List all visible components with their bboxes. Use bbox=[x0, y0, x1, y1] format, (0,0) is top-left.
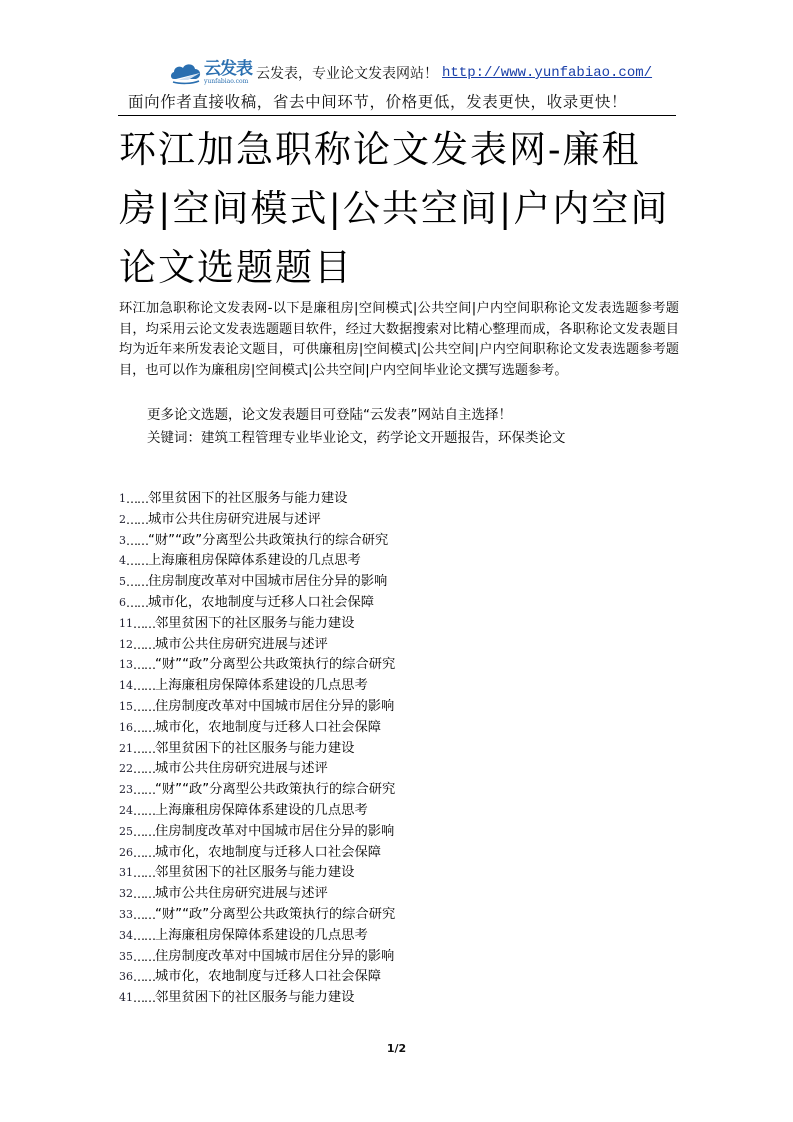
topic-title: 上海廉租房保障体系建设的几点思考 bbox=[148, 551, 361, 572]
list-item: 31……邻里贫困下的社区服务与能力建设 bbox=[119, 863, 395, 884]
topic-title: 城市公共住房研究进展与述评 bbox=[155, 635, 328, 656]
topic-title: 邻里贫困下的社区服务与能力建设 bbox=[155, 739, 354, 760]
topic-number: 13 bbox=[119, 655, 133, 676]
topic-separator: …… bbox=[133, 905, 155, 926]
list-item: 1……邻里贫困下的社区服务与能力建设 bbox=[119, 489, 395, 510]
logo[interactable]: 云发表 yunfabiao.com bbox=[170, 61, 252, 85]
document-title: 环江加急职称论文发表网-廉租房|空间模式|公共空间|户内空间论文选题题目 bbox=[119, 120, 679, 297]
topic-number: 5 bbox=[119, 572, 126, 593]
topic-number: 3 bbox=[119, 531, 126, 552]
topic-list: 1……邻里贫困下的社区服务与能力建设2……城市公共住房研究进展与述评3……“财”… bbox=[119, 489, 395, 1009]
topic-separator: …… bbox=[133, 759, 155, 780]
topic-separator: …… bbox=[133, 863, 155, 884]
topic-title: 住房制度改革对中国城市居住分异的影响 bbox=[155, 947, 394, 968]
topic-separator: …… bbox=[133, 843, 155, 864]
topic-number: 14 bbox=[119, 676, 133, 697]
topic-title: 城市公共住房研究进展与述评 bbox=[155, 759, 328, 780]
list-item: 3……“财”“政”分离型公共政策执行的综合研究 bbox=[119, 531, 395, 552]
topic-title: 城市公共住房研究进展与述评 bbox=[155, 884, 328, 905]
topic-title: 上海廉租房保障体系建设的几点思考 bbox=[155, 676, 368, 697]
topic-separator: …… bbox=[126, 489, 148, 510]
list-item: 32……城市公共住房研究进展与述评 bbox=[119, 884, 395, 905]
topic-title: 城市公共住房研究进展与述评 bbox=[148, 510, 321, 531]
topic-title: 城市化，农地制度与迁移人口社会保障 bbox=[155, 967, 381, 988]
topic-number: 4 bbox=[119, 551, 126, 572]
list-item: 14……上海廉租房保障体系建设的几点思考 bbox=[119, 676, 395, 697]
topic-separator: …… bbox=[126, 531, 148, 552]
topic-number: 31 bbox=[119, 863, 133, 884]
topic-separator: …… bbox=[133, 676, 155, 697]
topic-title: 上海廉租房保障体系建设的几点思考 bbox=[155, 801, 368, 822]
list-item: 34……上海廉租房保障体系建设的几点思考 bbox=[119, 926, 395, 947]
list-item: 12……城市公共住房研究进展与述评 bbox=[119, 635, 395, 656]
list-item: 16……城市化，农地制度与迁移人口社会保障 bbox=[119, 718, 395, 739]
topic-title: 邻里贫困下的社区服务与能力建设 bbox=[155, 863, 354, 884]
topic-title: 城市化，农地制度与迁移人口社会保障 bbox=[148, 593, 374, 614]
list-item: 5……住房制度改革对中国城市居住分异的影响 bbox=[119, 572, 395, 593]
topic-separator: …… bbox=[133, 655, 155, 676]
topic-title: 上海廉租房保障体系建设的几点思考 bbox=[155, 926, 368, 947]
topic-title: 城市化，农地制度与迁移人口社会保障 bbox=[155, 718, 381, 739]
topic-separator: …… bbox=[126, 572, 148, 593]
list-item: 22……城市公共住房研究进展与述评 bbox=[119, 759, 395, 780]
topic-number: 12 bbox=[119, 635, 133, 656]
intro-paragraph: 环江加急职称论文发表网-以下是廉租房|空间模式|公共空间|户内空间职称论文发表选… bbox=[119, 299, 679, 381]
topic-separator: …… bbox=[133, 926, 155, 947]
topic-separator: …… bbox=[133, 947, 155, 968]
logo-subtext: yunfabiao.com bbox=[204, 79, 252, 85]
topic-number: 16 bbox=[119, 718, 133, 739]
topic-separator: …… bbox=[133, 718, 155, 739]
topic-title: 住房制度改革对中国城市居住分异的影响 bbox=[155, 697, 394, 718]
topic-number: 41 bbox=[119, 988, 133, 1009]
topic-title: “财”“政”分离型公共政策执行的综合研究 bbox=[148, 531, 388, 552]
topic-separator: …… bbox=[126, 593, 148, 614]
topic-separator: …… bbox=[133, 822, 155, 843]
cloud-paper-plane-icon bbox=[170, 61, 202, 85]
list-item: 24……上海廉租房保障体系建设的几点思考 bbox=[119, 801, 395, 822]
list-item: 2……城市公共住房研究进展与述评 bbox=[119, 510, 395, 531]
topic-title: 住房制度改革对中国城市居住分异的影响 bbox=[155, 822, 394, 843]
list-item: 15……住房制度改革对中国城市居住分异的影响 bbox=[119, 697, 395, 718]
list-item: 21……邻里贫困下的社区服务与能力建设 bbox=[119, 739, 395, 760]
topic-title: “财”“政”分离型公共政策执行的综合研究 bbox=[155, 655, 395, 676]
list-item: 6……城市化，农地制度与迁移人口社会保障 bbox=[119, 593, 395, 614]
topic-number: 21 bbox=[119, 739, 133, 760]
topic-title: 邻里贫困下的社区服务与能力建设 bbox=[148, 489, 347, 510]
topic-number: 35 bbox=[119, 947, 133, 968]
topic-separator: …… bbox=[126, 551, 148, 572]
list-item: 26……城市化，农地制度与迁移人口社会保障 bbox=[119, 843, 395, 864]
topic-number: 33 bbox=[119, 905, 133, 926]
list-item: 35……住房制度改革对中国城市居住分异的影响 bbox=[119, 947, 395, 968]
topic-title: 城市化，农地制度与迁移人口社会保障 bbox=[155, 843, 381, 864]
site-url-link[interactable]: http://www.yunfabiao.com/ bbox=[442, 65, 652, 81]
list-item: 23……“财”“政”分离型公共政策执行的综合研究 bbox=[119, 780, 395, 801]
topic-number: 1 bbox=[119, 489, 126, 510]
list-item: 33……“财”“政”分离型公共政策执行的综合研究 bbox=[119, 905, 395, 926]
list-item: 4……上海廉租房保障体系建设的几点思考 bbox=[119, 551, 395, 572]
header-brand-row: 云发表 yunfabiao.com 云发表，专业论文发表网站！ http://w… bbox=[170, 58, 652, 88]
list-item: 13……“财”“政”分离型公共政策执行的综合研究 bbox=[119, 655, 395, 676]
topic-title: 邻里贫困下的社区服务与能力建设 bbox=[155, 988, 354, 1009]
header-tagline: 面向作者直接收稿，省去中间环节，价格更低，发表更快，收录更快！ bbox=[128, 90, 627, 112]
topic-separator: …… bbox=[133, 988, 155, 1009]
topic-separator: …… bbox=[133, 635, 155, 656]
header-divider bbox=[118, 115, 676, 116]
topic-title: 邻里贫困下的社区服务与能力建设 bbox=[155, 614, 354, 635]
more-topics-note: 更多论文选题，论文发表题目可登陆“云发表”网站自主选择！ bbox=[147, 405, 512, 426]
page-indicator: 1/2 bbox=[0, 1042, 793, 1055]
topic-number: 36 bbox=[119, 967, 133, 988]
site-slogan: 云发表，专业论文发表网站！ bbox=[256, 63, 438, 83]
topic-separator: …… bbox=[133, 967, 155, 988]
list-item: 41……邻里贫困下的社区服务与能力建设 bbox=[119, 988, 395, 1009]
topic-title: 住房制度改革对中国城市居住分异的影响 bbox=[148, 572, 387, 593]
topic-number: 24 bbox=[119, 801, 133, 822]
topic-separator: …… bbox=[133, 739, 155, 760]
topic-number: 22 bbox=[119, 759, 133, 780]
topic-number: 11 bbox=[119, 614, 133, 635]
logo-text: 云发表 bbox=[204, 61, 252, 78]
topic-number: 26 bbox=[119, 843, 133, 864]
topic-number: 15 bbox=[119, 697, 133, 718]
topic-number: 34 bbox=[119, 926, 133, 947]
topic-separator: …… bbox=[133, 780, 155, 801]
topic-separator: …… bbox=[133, 801, 155, 822]
keywords-line: 关键词：建筑工程管理专业毕业论文，药学论文开题报告，环保类论文 bbox=[147, 428, 566, 449]
topic-number: 25 bbox=[119, 822, 133, 843]
topic-separator: …… bbox=[133, 697, 155, 718]
topic-number: 23 bbox=[119, 780, 133, 801]
topic-title: “财”“政”分离型公共政策执行的综合研究 bbox=[155, 780, 395, 801]
topic-separator: …… bbox=[133, 614, 155, 635]
list-item: 36……城市化，农地制度与迁移人口社会保障 bbox=[119, 967, 395, 988]
topic-number: 32 bbox=[119, 884, 133, 905]
topic-number: 2 bbox=[119, 510, 126, 531]
list-item: 25……住房制度改革对中国城市居住分异的影响 bbox=[119, 822, 395, 843]
topic-number: 6 bbox=[119, 593, 126, 614]
topic-separator: …… bbox=[126, 510, 148, 531]
list-item: 11……邻里贫困下的社区服务与能力建设 bbox=[119, 614, 395, 635]
topic-title: “财”“政”分离型公共政策执行的综合研究 bbox=[155, 905, 395, 926]
topic-separator: …… bbox=[133, 884, 155, 905]
